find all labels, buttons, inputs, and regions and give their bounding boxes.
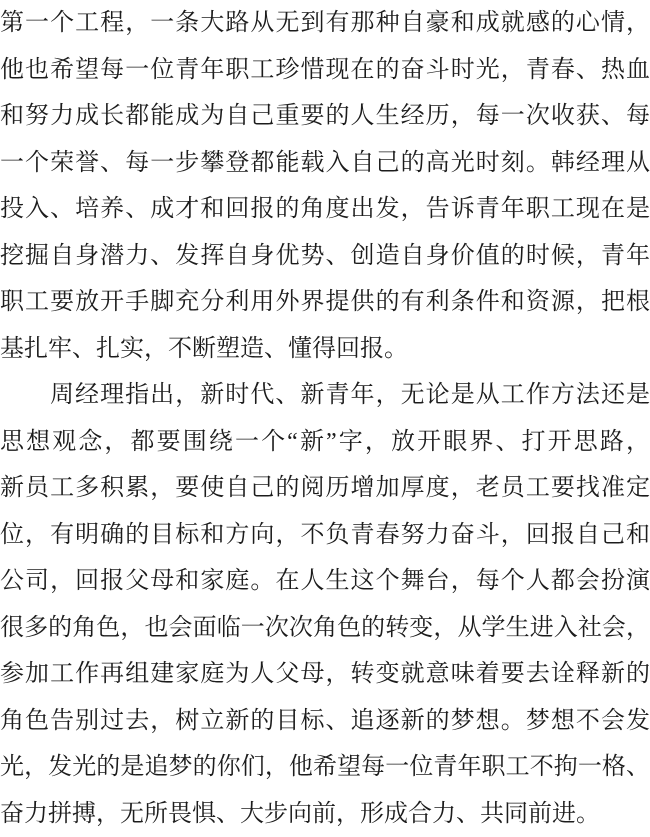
text-line: 角色告别过去，树立新的目标、追逐新的梦想。梦想不会发 (0, 698, 650, 745)
text-line: 光，发光的是追梦的你们，他希望每一位青年职工不拘一格、 (0, 744, 650, 791)
text-line: 职工要放开手脚充分利用外界提供的有利条件和资源，把根 (0, 279, 650, 326)
text-line: 新员工多积累，要使自己的阅历增加厚度，老员工要找准定 (0, 465, 650, 512)
text-line: 周经理指出，新时代、新青年，无论是从工作方法还是 (0, 372, 650, 419)
text-line: 思想观念，都要围绕一个“新”字，放开眼界、打开思路， (0, 419, 650, 466)
text-line: 基扎牢、扎实，不断塑造、懂得回报。 (0, 326, 650, 373)
paragraph-1: 第一个工程，一条大路从无到有那种自豪和成就感的心情， 他也希望每一位青年职工珍惜… (0, 0, 650, 372)
paragraph-2: 周经理指出，新时代、新青年，无论是从工作方法还是 思想观念，都要围绕一个“新”字… (0, 372, 650, 837)
text-line: 投入、培养、成才和回报的角度出发，告诉青年职工现在是 (0, 186, 650, 233)
text-line: 挖掘自身潜力、发挥自身优势、创造自身价值的时候，青年 (0, 233, 650, 280)
text-line: 第一个工程，一条大路从无到有那种自豪和成就感的心情， (0, 0, 650, 47)
text-line: 他也希望每一位青年职工珍惜现在的奋斗时光，青春、热血 (0, 47, 650, 94)
text-line: 和努力成长都能成为自己重要的人生经历，每一次收获、每 (0, 93, 650, 140)
document-page: 第一个工程，一条大路从无到有那种自豪和成就感的心情， 他也希望每一位青年职工珍惜… (0, 0, 650, 837)
text-line: 公司，回报父母和家庭。在人生这个舞台，每个人都会扮演 (0, 558, 650, 605)
text-line: 很多的角色，也会面临一次次角色的转变，从学生进入社会， (0, 605, 650, 652)
text-line: 位，有明确的目标和方向，不负青春努力奋斗，回报自己和 (0, 512, 650, 559)
text-line: 参加工作再组建家庭为人父母，转变就意味着要去诠释新的 (0, 651, 650, 698)
text-line: 一个荣誉、每一步攀登都能载入自己的高光时刻。韩经理从 (0, 140, 650, 187)
text-line: 奋力拼搏，无所畏惧、大步向前，形成合力、共同前进。 (0, 791, 650, 837)
